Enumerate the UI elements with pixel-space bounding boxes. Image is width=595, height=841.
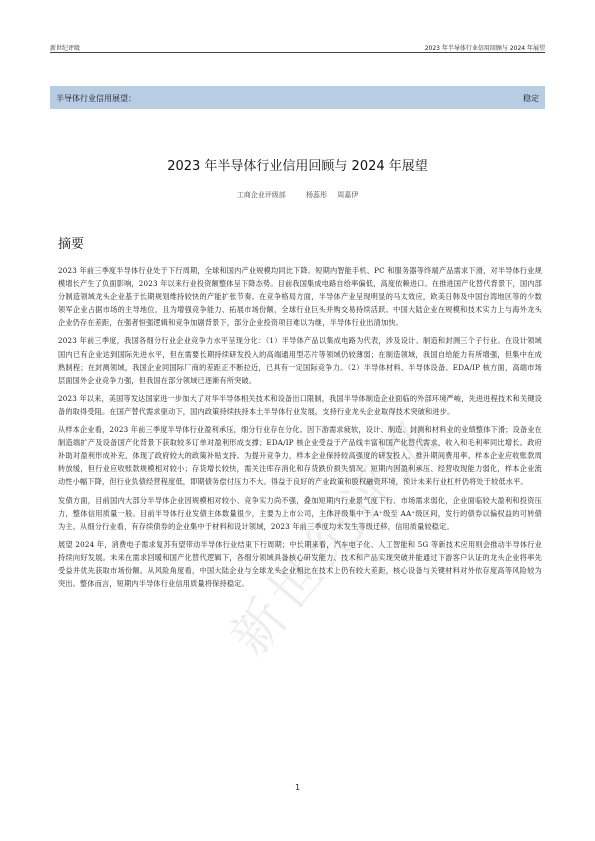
abstract-paragraph: 发债方面，目前国内大部分半导体企业因规模相对较小、竞争实力尚不强，叠加短期内行业… <box>58 494 542 533</box>
abstract-paragraph: 2023 年前三季度，我国各细分行业企业竞争力水平呈现分化：（1）半导体产品以集… <box>58 334 542 386</box>
header-org-name: 新世纪评级 <box>50 43 80 52</box>
abstract-paragraph: 2023 年前三季度半导体行业处于下行周期，全球和国内产业规模均同比下降。短期内… <box>58 264 542 329</box>
abstract-paragraph: 展望 2024 年，消费电子需求复苏有望带动半导体行业结束下行周期；中长期来看，… <box>58 538 542 590</box>
page-number: 1 <box>0 783 595 792</box>
author-name: 杨蕊彤 <box>306 191 327 199</box>
document-title: 2023 年半导体行业信用回顾与 2024 年展望 <box>0 155 595 174</box>
abstract-paragraph: 2023 年以来，美国等发达国家进一步加大了对华半导体相关技术和设备出口限制，我… <box>58 392 542 418</box>
abstract-body: 2023 年前三季度半导体行业处于下行周期，全球和国内产业规模均同比下降。短期内… <box>58 264 542 595</box>
header-doc-title: 2023 年半导体行业信用回顾与 2024 年展望 <box>425 43 545 52</box>
outlook-banner: 半导体行业信用展望： 稳定 <box>50 86 545 109</box>
section-heading-abstract: 摘要 <box>58 233 84 252</box>
authors-line: 工商企业评级部 杨蕊彤 周嘉伊 <box>0 190 595 200</box>
page-header: 新世纪评级 2023 年半导体行业信用回顾与 2024 年展望 <box>50 40 545 53</box>
author-name: 周嘉伊 <box>337 191 358 199</box>
author-department: 工商企业评级部 <box>237 191 286 199</box>
outlook-value: 稳定 <box>523 93 539 104</box>
outlook-label: 半导体行业信用展望： <box>56 93 136 104</box>
abstract-paragraph: 从样本企业看，2023 年前三季度半导体行业盈利承压，细分行业存在分化。因下游需… <box>58 423 542 488</box>
